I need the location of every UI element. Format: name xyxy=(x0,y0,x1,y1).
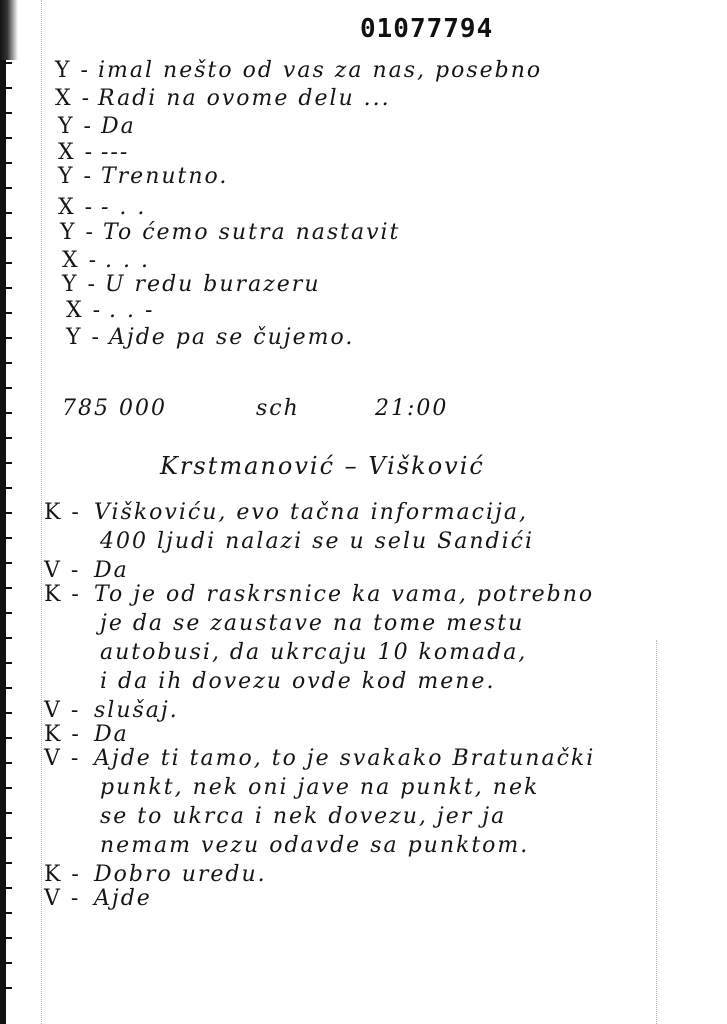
speaker-label: K - xyxy=(44,862,94,887)
utterance-text: Da xyxy=(94,722,129,747)
transcript-line: Y - U redu burazeru xyxy=(62,272,321,297)
speaker-label: Y - xyxy=(62,272,96,297)
utterance-text: Ajde pa se čujemo. xyxy=(100,325,354,350)
binding-tick xyxy=(0,212,12,214)
right-margin-line xyxy=(656,640,657,1024)
binding-tick xyxy=(0,362,12,364)
utterance-text: 400 ljudi nalazi se u selu Sandići xyxy=(100,529,534,554)
binding-tick xyxy=(0,262,12,264)
speaker-label: K - xyxy=(44,722,94,747)
utterance-text: --- xyxy=(92,140,129,165)
utterance-text: autobusi, da ukrcaju 10 komada, xyxy=(100,640,527,665)
utterance-text: . . - xyxy=(100,298,154,323)
speaker-label: Y - xyxy=(55,58,89,83)
utterance-text: Dobro uredu. xyxy=(94,862,267,887)
utterance-text: To ćemo sutra nastavit xyxy=(94,220,400,245)
binding-tick xyxy=(0,812,12,814)
transcript-line: Y - Da xyxy=(58,114,136,139)
transcript-line: se to ukrca i nek dovezu, jer ja xyxy=(100,804,506,829)
binding-tick xyxy=(0,387,12,389)
speaker-label: Y - xyxy=(58,114,92,139)
utterance-text: imal nešto od vas za nas, posebno xyxy=(89,58,542,83)
speaker-label: X - xyxy=(55,86,89,111)
utterance-text: . . . xyxy=(96,248,150,273)
binding-tick xyxy=(0,737,12,739)
call-label: sch xyxy=(256,396,300,421)
transcript-line: i da ih dovezu ovde kod mene. xyxy=(100,669,495,694)
utterance-text: To je od raskrsnice ka vama, potrebno xyxy=(94,582,594,607)
binding-tick xyxy=(0,462,12,464)
binding-tick xyxy=(0,412,12,414)
utterance-text: - . . xyxy=(92,195,146,220)
transcript-line: je da se zaustave na tome mestu xyxy=(100,611,524,636)
utterance-text: punkt, nek oni jave na punkt, nek xyxy=(100,775,539,800)
binding-tick xyxy=(0,887,12,889)
utterance-text: Trenutno. xyxy=(92,164,228,189)
binding-tick xyxy=(0,937,12,939)
speaker-label: V - xyxy=(44,558,94,583)
speaker-label: X - xyxy=(66,298,100,323)
transcript-line: X - - . . xyxy=(58,195,146,220)
document-number: 01077794 xyxy=(360,14,493,44)
binding-tick xyxy=(0,762,12,764)
utterance-text: Viškoviću, evo tačna informacija, xyxy=(94,500,528,525)
binding-tick xyxy=(0,162,12,164)
binding-tick xyxy=(0,312,12,314)
speaker-label: Y - xyxy=(58,164,92,189)
utterance-text: Radi na ovome delu ... xyxy=(89,86,391,111)
binding-tick xyxy=(0,612,12,614)
speaker-label: Y - xyxy=(60,220,94,245)
speaker-label: X - xyxy=(62,248,96,273)
call-time: 21:00 xyxy=(375,396,448,421)
transcript-line: Y - Ajde pa se čujemo. xyxy=(66,325,354,350)
call-number: 785 000 xyxy=(62,396,167,421)
binding-tick xyxy=(0,562,12,564)
transcript-line: autobusi, da ukrcaju 10 komada, xyxy=(100,640,527,665)
speaker-label: X - xyxy=(58,140,92,165)
transcript-line: V -slušaj. xyxy=(44,698,179,723)
speaker-label: X - xyxy=(58,195,92,220)
transcript-line: X - --- xyxy=(58,140,129,165)
transcript-line: K -To je od raskrsnice ka vama, potrebno xyxy=(44,582,594,607)
speaker-label: V - xyxy=(44,886,94,911)
binding-tick xyxy=(0,912,12,914)
binding-tick xyxy=(0,787,12,789)
speaker-label: V - xyxy=(44,746,94,771)
utterance-text: Da xyxy=(92,114,136,139)
utterance-text: Ajde ti tamo, to je svakako Bratunački xyxy=(94,746,595,771)
binding-tick xyxy=(0,487,12,489)
binding-tick xyxy=(0,587,12,589)
binding-tick xyxy=(0,687,12,689)
binding-tick xyxy=(0,837,12,839)
transcript-line: 400 ljudi nalazi se u selu Sandići xyxy=(100,529,534,554)
binding-tick xyxy=(0,237,12,239)
conversation-2-title: Krstmanović – Višković xyxy=(160,452,485,480)
binding-tick xyxy=(0,512,12,514)
speaker-label: Y - xyxy=(66,325,100,350)
transcript-line: Y - To ćemo sutra nastavit xyxy=(60,220,400,245)
transcript-line: X - . . . xyxy=(62,248,150,273)
binding-tick xyxy=(0,662,12,664)
binding-tick xyxy=(0,437,12,439)
binding-tick xyxy=(0,137,12,139)
binding-tick xyxy=(0,337,12,339)
transcript-line: X - . . - xyxy=(66,298,154,323)
binding-tick xyxy=(0,637,12,639)
binding-tick xyxy=(0,187,12,189)
binding-tick xyxy=(0,112,12,114)
binding-tick xyxy=(0,962,12,964)
transcript-line: X - Radi na ovome delu ... xyxy=(55,86,391,111)
transcript-line: punkt, nek oni jave na punkt, nek xyxy=(100,775,539,800)
binding-tick xyxy=(0,987,12,989)
utterance-text: je da se zaustave na tome mestu xyxy=(100,611,524,636)
transcript-line: K -Dobro uredu. xyxy=(44,862,267,887)
transcript-line: nemam vezu odavde sa punktom. xyxy=(100,833,529,858)
utterance-text: U redu burazeru xyxy=(96,272,321,297)
speaker-label: K - xyxy=(44,582,94,607)
binding-tick xyxy=(0,87,12,89)
binding-tick xyxy=(0,537,12,539)
transcript-line: K -Viškoviću, evo tačna informacija, xyxy=(44,500,528,525)
utterance-text: Da xyxy=(94,558,129,583)
transcript-line: Y - Trenutno. xyxy=(58,164,228,189)
transcript-line: Y - imal nešto od vas za nas, posebno xyxy=(55,58,542,83)
utterance-text: Ajde xyxy=(94,886,152,911)
utterance-text: i da ih dovezu ovde kod mene. xyxy=(100,669,495,694)
speaker-label: V - xyxy=(44,698,94,723)
margin-line xyxy=(41,0,42,1024)
scan-shadow xyxy=(0,0,18,60)
utterance-text: slušaj. xyxy=(94,698,179,723)
utterance-text: se to ukrca i nek dovezu, jer ja xyxy=(100,804,506,829)
binding-tick xyxy=(0,862,12,864)
transcript-line: V -Ajde xyxy=(44,886,152,911)
binding-tick xyxy=(0,712,12,714)
binding-tick xyxy=(0,62,12,64)
transcript-line: V -Ajde ti tamo, to je svakako Bratunačk… xyxy=(44,746,595,771)
binding-tick xyxy=(0,287,12,289)
transcript-line: V -Da xyxy=(44,558,129,583)
transcript-line: K -Da xyxy=(44,722,129,747)
utterance-text: nemam vezu odavde sa punktom. xyxy=(100,833,529,858)
speaker-label: K - xyxy=(44,500,94,525)
